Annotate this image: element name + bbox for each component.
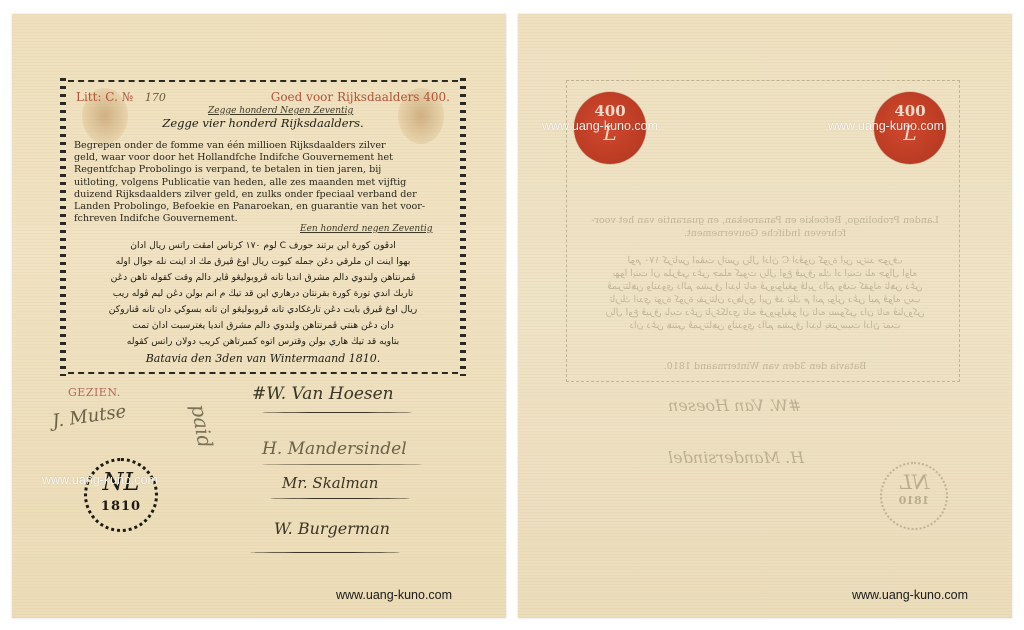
border-left [60,78,66,376]
ornamental-border: Litt: C. № 170 Goed voor Rijksdaalders 4… [68,80,458,374]
body-line: Regentfchap Probolingo is verpand, te be… [74,164,452,176]
site-label: www.uang-kuno.com [336,588,452,602]
jawi-body-text: ادڤون كورة اين برتند حورف C لوم ١٧٠ كرتا… [74,238,452,350]
body-line: Landen Probolingo, Befoekie en Panaroeka… [74,201,452,213]
watermark-text-left: www.uang-kuno.com [542,119,658,133]
bleed-through-signature: #W. Van Hoesen [668,396,801,415]
seal-amount: 400 [874,102,946,120]
jawi-line: ڤمرنتاهن ولندوي دالم مشرق انديا تانه ڤرو… [74,270,452,286]
nl-1810-stamp: NL 1810 [84,458,158,532]
flourish-line [262,412,412,413]
body-line: Begrepen onder de fomme van één millioen… [74,140,452,152]
watermark-text: www.uang-kuno.com [42,473,158,487]
signature-gezien: J. Mutse [51,401,128,432]
body-line: geld, waar voor door het Hollandfche Ind… [74,152,452,164]
handwritten-amount: Zegge honderd Negen Zeventig [208,106,353,116]
seal-amount: 400 [574,102,646,120]
denomination-label: Goed voor Rijksdaalders 400. [271,90,450,104]
site-label: www.uang-kuno.com [852,588,968,602]
flourish-line [262,464,422,465]
jawi-line: بتاويه قد تيڬ هاري بولن وقترس اتوه كمبرت… [74,334,452,350]
signature-1: #W. Van Hoesen [252,384,394,404]
serial-number: 170 [145,91,166,104]
amount-in-words: Zegge vier honderd Rijksdaalders. [68,116,458,130]
bleed-through-signature: H. Mandersindel [668,448,804,467]
border-right [460,78,466,376]
bleed-through-jawi: ادڤون كورة اين برتند حورف C لوم ١٧٠ كرتا… [576,254,954,332]
paid-note: paid [186,402,217,449]
body-line: duizend Rijksdaalders zilver geld, en zu… [74,189,452,201]
watermark-text-right: www.uang-kuno.com [828,119,944,133]
signature-4: W. Burgerman [274,519,390,538]
stamp-year: 1810 [87,499,155,514]
bleed-through-text: Landen Probolingo, Befoekie en Panaroeka… [576,214,954,240]
flourish-line [250,552,400,553]
flourish-line [270,498,410,499]
banknote-back: Landen Probolingo, Befoekie en Panaroeka… [518,14,1012,618]
body-line: uitloting, volgens Publicatie van heden,… [74,177,452,189]
jawi-line: دان دڠن هنتي ڤمرنتاهن ولندوي دالم مشرق ا… [74,318,452,334]
bleed-through-date: Batavia den 3den van Wintermaand 1810. [576,360,954,373]
series-label: Litt: C. № 170 [76,90,166,104]
banknote-front: Litt: C. № 170 Goed voor Rijksdaalders 4… [12,14,506,618]
jawi-line: تاربك اندي تورة كورة بقرنتان درهاري اين … [74,286,452,302]
signature-3: Mr. Skalman [282,474,378,492]
dutch-body-text: Begrepen onder de fomme van één millioen… [74,140,452,225]
jawi-line: ادڤون كورة اين برتند حورف C لوم ١٧٠ كرتا… [74,238,452,254]
jawi-line: ريال اوغ ڤيرق بايت دڠن تارغكادي تانه ڤرو… [74,302,452,318]
signature-2: H. Mandersindel [262,439,407,459]
jawi-line: بهوا اينت ان ملرقي دڠن جمله كيوت ريال او… [74,254,452,270]
header-row: Litt: C. № 170 Goed voor Rijksdaalders 4… [76,90,450,104]
bleed-through-stamp: NL 1810 [880,462,948,530]
gezien-stamp: GEZIEN. [68,386,121,399]
issue-date: Batavia den 3den van Wintermaand 1810. [68,352,458,365]
handwritten-amount-2: Een honderd negen Zeventig [300,224,433,234]
